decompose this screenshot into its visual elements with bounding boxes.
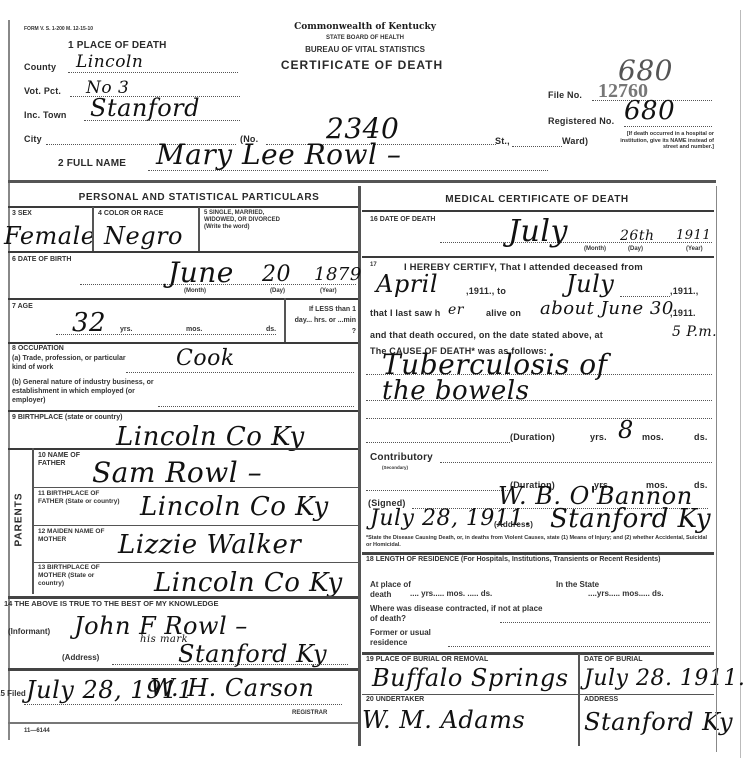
last-saw-pronoun: er bbox=[448, 302, 464, 318]
cause-footnote: *State the Disease Causing Death, or, in… bbox=[366, 535, 712, 549]
bureau-heading: BUREAU OF VITAL STATISTICS bbox=[270, 46, 460, 54]
father-birthplace-label: 11 BIRTHPLACE OF FATHER (State or countr… bbox=[38, 490, 122, 506]
registered-no-label: Registered No. bbox=[548, 116, 614, 126]
informant-address-label: (Address) bbox=[62, 654, 99, 662]
age-years-value: 32 bbox=[72, 308, 106, 338]
year-to-label: ,1911., bbox=[670, 286, 698, 296]
dod-year-caption: (Year) bbox=[686, 246, 703, 253]
father-name-value: Sam Rowl – bbox=[92, 456, 262, 489]
less-than-day-label: If LESS than 1 day... hrs. or ...min ? bbox=[290, 304, 356, 337]
informant-label: (Informant) bbox=[8, 628, 50, 636]
in-state-fields: ....yrs..... mos..... ds. bbox=[588, 590, 664, 598]
full-name-label: 2 FULL NAME bbox=[58, 158, 126, 169]
inc-town-label: Inc. Town bbox=[24, 110, 67, 120]
dod-month-value: July bbox=[508, 214, 568, 249]
city-label: City bbox=[24, 134, 42, 144]
form-footer-code: 11—6144 bbox=[24, 728, 50, 735]
header-divider bbox=[8, 180, 716, 183]
county-label: County bbox=[24, 62, 56, 72]
registrar-label: REGISTRAR bbox=[292, 710, 327, 717]
physician-address-value: Stanford Ky bbox=[550, 504, 711, 534]
last-saw-label: that I last saw h bbox=[370, 308, 440, 318]
street-label: St., bbox=[495, 136, 510, 146]
date-of-death-label: 16 DATE OF DEATH bbox=[370, 216, 435, 224]
mother-name-value: Lizzie Walker bbox=[118, 530, 301, 560]
sex-value: Female bbox=[4, 222, 96, 250]
residence-label: 18 LENGTH OF RESIDENCE (For Hospitals, I… bbox=[366, 556, 712, 564]
medical-section-title: MEDICAL CERTIFICATE OF DEATH bbox=[362, 194, 712, 205]
cause-line-2: the bowels bbox=[382, 376, 529, 406]
alive-on-label: alive on bbox=[486, 308, 521, 318]
informant-address-value: Stanford Ky bbox=[178, 640, 327, 668]
father-birthplace-value: Lincoln Co Ky bbox=[140, 492, 329, 522]
burial-date-label: DATE OF BURIAL bbox=[584, 656, 643, 664]
certify-number: 17 bbox=[370, 262, 377, 269]
contributory-ds-label: ds. bbox=[694, 480, 708, 490]
parents-side-label: PARENTS bbox=[14, 492, 25, 546]
year-from-label: ,1911., to bbox=[466, 286, 506, 296]
informant-statement: 14 THE ABOVE IS TRUE TO THE BEST OF MY K… bbox=[4, 600, 218, 608]
place-of-death-label: 1 PLACE OF DEATH bbox=[68, 40, 167, 51]
inc-town-value: Stanford bbox=[90, 94, 200, 122]
birthplace-label: 9 BIRTHPLACE (state or country) bbox=[12, 414, 122, 422]
yrs-label: yrs. bbox=[120, 326, 132, 334]
month-caption: (Month) bbox=[184, 288, 206, 295]
undertaker-value: W. M. Adams bbox=[362, 706, 525, 734]
attended-to-value: July bbox=[566, 270, 614, 298]
duration-yrs-label: yrs. bbox=[590, 432, 607, 442]
alive-on-value: about June 30 bbox=[540, 298, 674, 319]
race-value: Negro bbox=[104, 222, 183, 250]
year-caption: (Year) bbox=[320, 288, 337, 295]
personal-section-title: PERSONAL AND STATISTICAL PARTICULARS bbox=[40, 192, 358, 203]
former-residence-label: Former or usual residence bbox=[370, 628, 450, 648]
age-label: 7 AGE bbox=[12, 303, 33, 311]
dob-day-value: 20 bbox=[262, 262, 291, 287]
dod-day-value: 26th bbox=[620, 228, 654, 244]
dod-year-value: 1911 bbox=[676, 228, 711, 243]
physician-address-label: (Address) bbox=[494, 520, 533, 529]
occupation-a-label: (a) Trade, profession, or particular kin… bbox=[12, 354, 130, 372]
occupation-label: 8 OCCUPATION bbox=[12, 345, 64, 353]
dod-month-caption: (Month) bbox=[584, 246, 606, 253]
duration-mos-label: mos. bbox=[642, 432, 664, 442]
county-value: Lincoln bbox=[76, 52, 143, 72]
duration-ds-label: ds. bbox=[694, 432, 708, 442]
undertaker-address-value: Stanford Ky bbox=[584, 708, 733, 736]
vot-pct-label: Vot. Pct. bbox=[24, 86, 61, 96]
mother-name-label: 12 MAIDEN NAME OF MOTHER bbox=[38, 528, 122, 544]
father-name-label: 10 NAME OF FATHER bbox=[38, 452, 98, 468]
burial-place-label: 19 PLACE OF BURIAL OR REMOVAL bbox=[366, 656, 488, 664]
death-time-value: 5 P.m. bbox=[672, 324, 717, 340]
form-number: FORM V. S. 1-200 M. 12-15-10 bbox=[24, 26, 93, 33]
filed-label: 15 Filed bbox=[0, 690, 26, 698]
hospital-note: [If death occurred in a hospital or inst… bbox=[612, 131, 714, 151]
state-board-heading: STATE BOARD OF HEALTH bbox=[270, 35, 460, 42]
mother-birthplace-value: Lincoln Co Ky bbox=[154, 568, 343, 598]
attended-from-value: April bbox=[376, 270, 438, 298]
commonwealth-heading: Commonwealth of Kentucky bbox=[270, 22, 460, 32]
certificate-title: CERTIFICATE OF DEATH bbox=[262, 58, 462, 72]
mos-label: mos. bbox=[186, 326, 202, 334]
race-label: 4 COLOR OR RACE bbox=[98, 210, 163, 218]
file-no-label: File No. bbox=[548, 90, 582, 100]
marital-status-label: 5 SINGLE, MARRIED, WIDOWED, OR DIVORCED … bbox=[204, 210, 280, 231]
dob-month-value: June bbox=[168, 256, 234, 289]
ward-label: Ward) bbox=[562, 136, 588, 146]
ds-label: ds. bbox=[266, 326, 276, 334]
registrar-value: W. H. Carson bbox=[150, 674, 314, 702]
dod-day-caption: (Day) bbox=[628, 246, 643, 253]
at-place-fields: .... yrs..... mos. ..... ds. bbox=[410, 590, 492, 598]
mother-birthplace-label: 13 BIRTHPLACE OF MOTHER (State or countr… bbox=[38, 564, 122, 588]
right-border bbox=[740, 10, 741, 758]
death-occured-label: and that death occured, on the date stat… bbox=[370, 330, 603, 340]
occupation-a-value: Cook bbox=[176, 346, 235, 371]
duration-mos-value: 8 bbox=[618, 416, 634, 444]
undertaker-label: 20 UNDERTAKER bbox=[366, 696, 424, 704]
contributory-label: Contributory bbox=[370, 452, 433, 463]
burial-date-value: July 28. 1911. bbox=[584, 666, 745, 691]
occupation-b-label: (b) General nature of industry business,… bbox=[12, 378, 162, 405]
disease-contracted-label: Where was disease contracted, if not at … bbox=[370, 604, 550, 624]
registered-no-value: 680 bbox=[624, 96, 675, 126]
burial-place-value: Buffalo Springs bbox=[372, 664, 569, 692]
duration-label: (Duration) bbox=[510, 432, 555, 442]
file-no-overwrite: 680 bbox=[618, 54, 673, 87]
dob-year-value: 1879 bbox=[314, 264, 362, 285]
contributory-sub-label: (Secondary) bbox=[382, 464, 408, 471]
alive-on-year: ,1911. bbox=[670, 308, 696, 318]
day-caption: (Day) bbox=[270, 288, 285, 295]
sex-label: 3 SEX bbox=[12, 210, 32, 218]
date-of-birth-label: 6 DATE OF BIRTH bbox=[12, 256, 71, 264]
undertaker-address-label: ADDRESS bbox=[584, 696, 618, 704]
full-name-value: Mary Lee Rowl – bbox=[156, 138, 401, 171]
